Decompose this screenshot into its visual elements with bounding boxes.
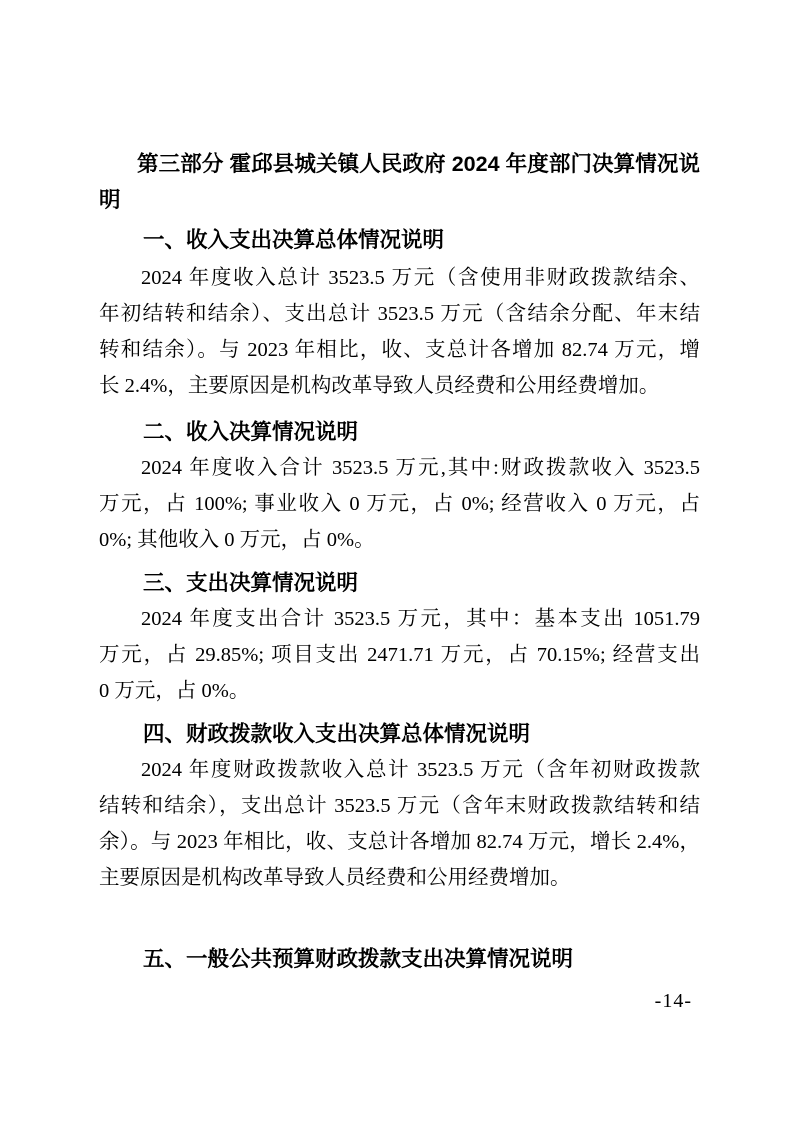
part-title-line: 第三部分 霍邱县城关镇人民政府 2024 年度部门决算情况说 [99,146,700,182]
section-paragraph-income-expenditure-overview: 2024 年度收入总计 3523.5 万元（含使用非财政拨款结余、 年初结转和结… [99,260,700,404]
section-heading-income-accounts: 二、收入决算情况说明 [99,414,700,450]
section-heading-general-public-budget-expenditure: 五、一般公共预算财政拨款支出决算情况说明 [99,941,700,977]
section-heading-expenditure-accounts: 三、支出决算情况说明 [99,565,700,601]
page-number: -14- [655,990,692,1012]
part-title-line: 明 [99,182,700,218]
paragraph-line: 0%; 其他收入 0 万元，占 0%。 [99,522,700,558]
paragraph-line: 转和结余）。与 2023 年相比，收、支总计各增加 82.74 万元，增 [99,332,700,368]
paragraph-line: 长 2.4%，主要原因是机构改革导致人员经费和公用经费增加。 [99,368,700,404]
paragraph-line: 万元，占 29.85%; 项目支出 2471.71 万元，占 70.15%; 经… [99,637,700,673]
document-page: 第三部分 霍邱县城关镇人民政府 2024 年度部门决算情况说 明 一、收入支出决… [0,0,793,1122]
paragraph-line: 年初结转和结余）、支出总计 3523.5 万元（含结余分配、年末结 [99,296,700,332]
paragraph-line: 2024 年度支出合计 3523.5 万元，其中：基本支出 1051.79 [99,601,700,637]
section-heading-income-expenditure-overview: 一、收入支出决算总体情况说明 [99,222,700,258]
paragraph-line: 结转和结余），支出总计 3523.5 万元（含年末财政拨款结转和结 [99,788,700,824]
section-heading-fiscal-appropriation-overview: 四、财政拨款收入支出决算总体情况说明 [99,716,700,752]
paragraph-line: 2024 年度收入合计 3523.5 万元,其中:财政拨款收入 3523.5 [99,450,700,486]
page-content: 第三部分 霍邱县城关镇人民政府 2024 年度部门决算情况说 明 一、收入支出决… [99,0,700,977]
section-paragraph-fiscal-appropriation-overview: 2024 年度财政拨款收入总计 3523.5 万元（含年初财政拨款 结转和结余）… [99,752,700,896]
part-title: 第三部分 霍邱县城关镇人民政府 2024 年度部门决算情况说 明 [99,146,700,218]
paragraph-line: 主要原因是机构改革导致人员经费和公用经费增加。 [99,860,700,896]
paragraph-line: 余）。与 2023 年相比，收、支总计各增加 82.74 万元，增长 2.4%， [99,824,700,860]
paragraph-line: 万元，占 100%; 事业收入 0 万元，占 0%; 经营收入 0 万元，占 [99,486,700,522]
section-paragraph-expenditure-accounts: 2024 年度支出合计 3523.5 万元，其中：基本支出 1051.79 万元… [99,601,700,709]
paragraph-line: 2024 年度财政拨款收入总计 3523.5 万元（含年初财政拨款 [99,752,700,788]
paragraph-line: 0 万元，占 0%。 [99,673,700,709]
paragraph-line: 2024 年度收入总计 3523.5 万元（含使用非财政拨款结余、 [99,260,700,296]
section-paragraph-income-accounts: 2024 年度收入合计 3523.5 万元,其中:财政拨款收入 3523.5 万… [99,450,700,558]
